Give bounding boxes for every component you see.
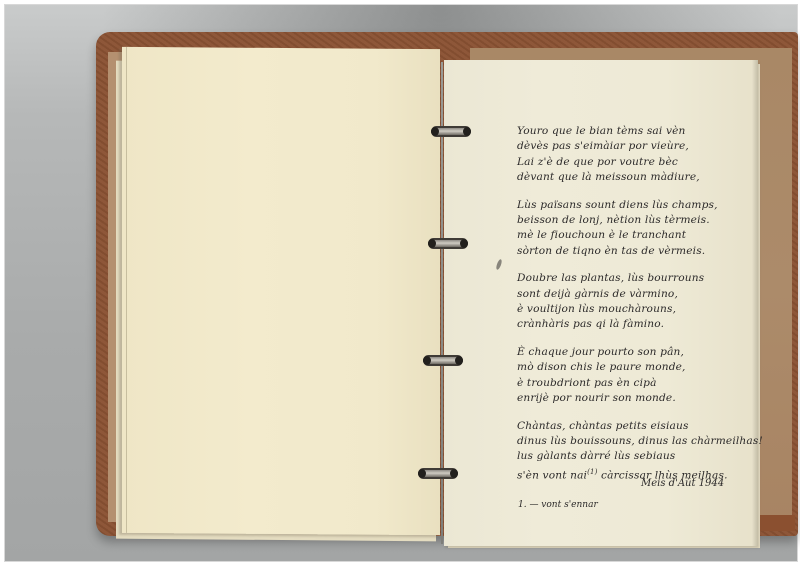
- poem-line: beisson de lonj, nètion lùs tèrmeis.: [517, 213, 767, 228]
- poem-line: è troubdriont pas èn cipà: [517, 376, 767, 391]
- poem-line: enrijè por nourir son monde.: [517, 391, 767, 406]
- poem-stanza-4: È chaque jour pourto son pân, mò dison c…: [517, 345, 767, 407]
- poem-stanza-2: Lùs païsans sount diens lùs champs, beis…: [517, 198, 767, 260]
- poem-line: mè le fiouchoun è le tranchant: [517, 228, 767, 243]
- left-page-blank: [122, 47, 440, 535]
- poem-line: sont deijà gàrnis de vàrmino,: [517, 287, 767, 302]
- binder-ring-icon: [431, 126, 471, 137]
- poem-line: Lai z'è de que por voutre bèc: [517, 155, 767, 170]
- poem-line: mò dison chis le paure monde,: [517, 360, 767, 375]
- poem-line: dinus lùs bouissouns, dinus las chàrmeil…: [517, 434, 767, 449]
- poem-line: crànhàris pas qi là fàmino.: [517, 317, 767, 332]
- footnote-marker: (1): [587, 468, 597, 476]
- binder-ring-icon: [418, 468, 458, 479]
- poem-line: sòrton de tiqno èn tas de vèrmeis.: [517, 244, 767, 259]
- cover-corner: [755, 515, 795, 531]
- left-page-edge: [126, 47, 127, 533]
- poem-line: Chàntas, chàntas petits eisiaus: [517, 419, 767, 434]
- poem-line-part: s'èn vont nai: [517, 469, 587, 481]
- poem-line: Doubre las plantas, lùs bourrouns: [517, 271, 767, 286]
- poem-line: Lùs païsans sount diens lùs champs,: [517, 198, 767, 213]
- binder-ring-icon: [423, 355, 463, 366]
- poem-line: è voultijon lùs mouchàrouns,: [517, 302, 767, 317]
- poem-line: dèvès pas s'eimàiar por vieùre,: [517, 139, 767, 154]
- poem-line: dèvant que là meissoun màdiure,: [517, 170, 767, 185]
- poem-line: È chaque jour pourto son pân,: [517, 345, 767, 360]
- poem-stanza-1: Youro que le bian tèms sai vèn dèvès pas…: [517, 124, 767, 186]
- poem-stanza-3: Doubre las plantas, lùs bourrouns sont d…: [517, 271, 767, 333]
- poem-stanza-5: Chàntas, chàntas petits eisiaus dinus lù…: [517, 419, 767, 484]
- binder-ring-icon: [428, 238, 468, 249]
- poem-line: lus gàlants dàrré lùs sebiaus: [517, 449, 767, 464]
- footnote: 1. — vont s'ennar: [518, 500, 598, 510]
- poem-line: Youro que le bian tèms sai vèn: [517, 124, 767, 139]
- handwritten-poem: Youro que le bian tèms sai vèn dèvès pas…: [517, 124, 767, 496]
- date-signature: Meis d'Aùt 1944: [641, 478, 724, 489]
